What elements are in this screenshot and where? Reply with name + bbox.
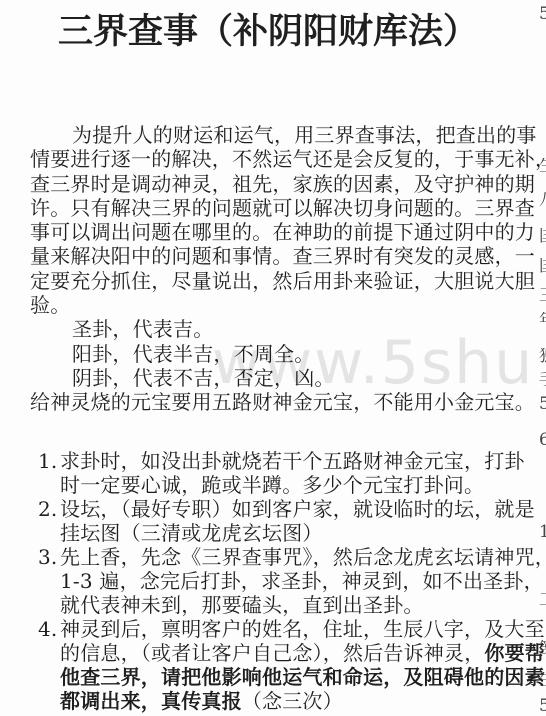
- text-line: 1-3 遍，念完后打卦，求圣卦，神灵到，如不出圣卦，: [60, 569, 546, 593]
- list-number: 2.: [38, 497, 60, 545]
- gua-definitions: 圣卦，代表吉。 阳卦，代表半吉，不周全。 阴卦，代表不吉，否定，凶。: [30, 317, 534, 390]
- text-line: 验。: [30, 293, 534, 317]
- text-line: 挂坛图（三清或龙虎玄坛图）: [60, 521, 535, 545]
- clipped-character-fragment: 八: [539, 192, 546, 209]
- page-title: 三界查事（补阴阳财库法）: [0, 4, 536, 54]
- text-line: 为提升人的财运和运气，用三界查事法，把查出的事: [30, 123, 534, 147]
- text-line: 阳卦，代表半吉，不周全。: [30, 342, 534, 366]
- vertical-gap: [30, 415, 534, 449]
- list-number: 3.: [38, 545, 60, 617]
- clipped-character-fragment: 生: [539, 672, 546, 689]
- text-line: 先上香，先念《三界查事咒》，然后念龙虎玄坛请神咒，: [60, 545, 546, 569]
- text-segment: （念三次）: [242, 689, 343, 713]
- clipped-character-fragment: 1: [539, 524, 546, 541]
- text-line: 事可以调出问题在哪里的。在神助的前提下通过阴中的力: [30, 220, 534, 244]
- list-number: 1.: [38, 449, 60, 497]
- clipped-character-fragment: 国: [539, 228, 546, 245]
- clipped-character-fragment: 5: [539, 6, 546, 23]
- clipped-character-fragment: 6: [539, 432, 546, 449]
- clipped-character-fragment: 年: [539, 312, 546, 329]
- text-line: 神灵到后，禀明客户的姓名，住址，生辰八字，及大至: [60, 617, 545, 641]
- text-line: 都调出来，真传真报（念三次）: [60, 689, 545, 713]
- page-body: 为提升人的财运和运气，用三界查事法，把查出的事 情要进行逐一的解决，不然运气还是…: [30, 123, 534, 713]
- list-number: 4.: [38, 617, 60, 713]
- clipped-character-fragment: 三: [539, 288, 546, 305]
- text-line: 的信息，（或者让客户自己念），然后告诉神灵，你要帮: [60, 641, 545, 665]
- list-item-text: 设坛，（最好专职）如到客户家，就设临时的坛，就是 挂坛图（三清或龙虎玄坛图）: [60, 497, 535, 545]
- list-item: 4. 神灵到后，禀明客户的姓名，住址，生辰八字，及大至 的信息，（或者让客户自己…: [38, 617, 534, 713]
- list-item: 3. 先上香，先念《三界查事咒》，然后念龙虎玄坛请神咒， 1-3 遍，念完后打卦…: [38, 545, 534, 617]
- clipped-character-fragment: 笺: [539, 640, 546, 657]
- note-line: 给神灵烧的元宝要用五路财神金元宝，不能用小金元宝。: [30, 390, 534, 414]
- clipped-character-fragment: 工: [539, 592, 546, 609]
- clipped-character-fragment: 5: [539, 698, 546, 715]
- text-line: 量来解决阳中的问题和事情。查三界时有突发的灵感，一: [30, 244, 534, 268]
- bold-text-line: 他查三界，请把他影响他运气和命运，及阻碍他的因素: [60, 665, 545, 689]
- clipped-character-fragment: 独: [539, 348, 546, 365]
- clipped-character-fragment: 手: [539, 372, 546, 389]
- bold-text-segment: 都调出来，真传真报: [60, 689, 242, 713]
- text-segment: 的信息，（或者让客户自己念），然后告诉神灵，: [60, 641, 484, 665]
- list-item: 2. 设坛，（最好专职）如到客户家，就设临时的坛，就是 挂坛图（三清或龙虎玄坛图…: [38, 497, 534, 545]
- list-item: 1. 求卦时，如没出卦就烧若干个五路财神金元宝，打卦 时一定要心诚，跪或半蹲。多…: [38, 449, 534, 497]
- bold-text-segment: 你要帮: [484, 641, 545, 665]
- text-line: 求卦时，如没出卦就烧若干个五路财神金元宝，打卦: [60, 449, 534, 473]
- text-line: 时一定要心诚，跪或半蹲。多少个元宝打卦问。: [60, 473, 534, 497]
- clipped-character-fragment: 生: [539, 158, 546, 175]
- clipped-character-fragment: 国: [539, 258, 546, 275]
- list-item-text: 神灵到后，禀明客户的姓名，住址，生辰八字，及大至 的信息，（或者让客户自己念），…: [60, 617, 545, 713]
- text-line: 阴卦，代表不吉，否定，凶。: [30, 366, 534, 390]
- text-line: 情要进行逐一的解决，不然运气还是会反复的，于事无补，: [30, 147, 534, 171]
- clipped-character-fragment: 5: [539, 396, 546, 413]
- text-line: 设坛，（最好专职）如到客户家，就设临时的坛，就是: [60, 497, 535, 521]
- text-line: 查三界时是调动神灵，祖先，家族的因素，及守护神的期: [30, 172, 534, 196]
- numbered-list: 1. 求卦时，如没出卦就烧若干个五路财神金元宝，打卦 时一定要心诚，跪或半蹲。多…: [30, 449, 534, 713]
- text-line: 定要充分抓住，尽量说出，然后用卦来验证，大胆说大胆: [30, 269, 534, 293]
- text-line: 就代表神未到，那要磕头，直到出圣卦。: [60, 593, 546, 617]
- scanned-page: www.5shu 三界查事（补阴阳财库法） 为提升人的财运和运气，用三界查事法，…: [0, 0, 546, 716]
- list-item-text: 求卦时，如没出卦就烧若干个五路财神金元宝，打卦 时一定要心诚，跪或半蹲。多少个元…: [60, 449, 534, 497]
- text-line: 许。只有解决三界的问题就可以解决切身问题的。三界查: [30, 196, 534, 220]
- intro-paragraph: 为提升人的财运和运气，用三界查事法，把查出的事 情要进行逐一的解决，不然运气还是…: [30, 123, 534, 317]
- list-item-text: 先上香，先念《三界查事咒》，然后念龙虎玄坛请神咒， 1-3 遍，念完后打卦，求圣…: [60, 545, 546, 617]
- text-line: 圣卦，代表吉。: [30, 317, 534, 341]
